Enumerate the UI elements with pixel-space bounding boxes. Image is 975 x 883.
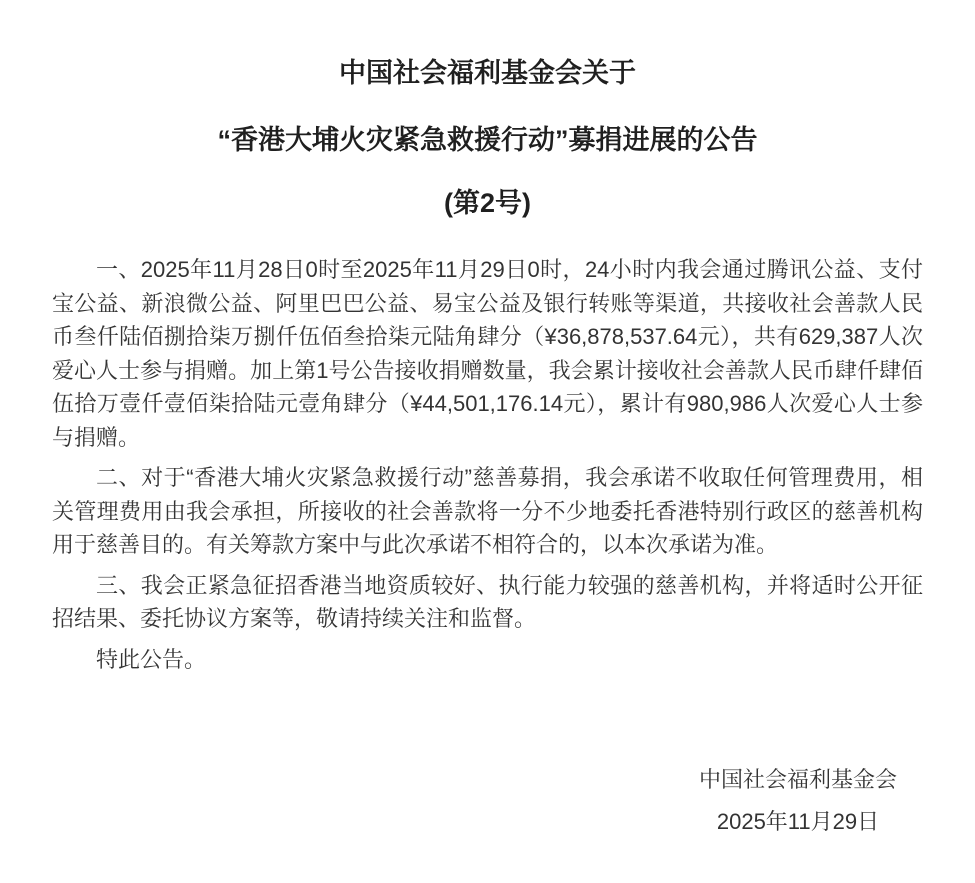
- closing-statement: 特此公告。: [52, 643, 923, 677]
- signature-date: 2025年11月29日: [699, 805, 897, 839]
- page-title-line-2: “香港大埔火灾紧急救援行动”募捐进展的公告: [52, 120, 923, 160]
- announcement-number: (第2号): [52, 183, 923, 223]
- paragraph-charity-recruitment: 三、我会正紧急征招香港当地资质较好、执行能力较强的慈善机构，并将适时公开征招结果…: [52, 569, 923, 636]
- paragraph-donation-progress: 一、2025年11月28日0时至2025年11月29日0时，24小时内我会通过腾…: [52, 253, 923, 454]
- announcement-document: 中国社会福利基金会关于 “香港大埔火灾紧急救援行动”募捐进展的公告 (第2号) …: [0, 0, 975, 883]
- page-title-line-1: 中国社会福利基金会关于: [52, 53, 923, 93]
- paragraph-fee-commitment: 二、对于“香港大埔火灾紧急救援行动”慈善募捐，我会承诺不收取任何管理费用，相关管…: [52, 461, 923, 562]
- signature-organization: 中国社会福利基金会: [699, 763, 897, 797]
- signature-block: 中国社会福利基金会 2025年11月29日: [699, 763, 897, 838]
